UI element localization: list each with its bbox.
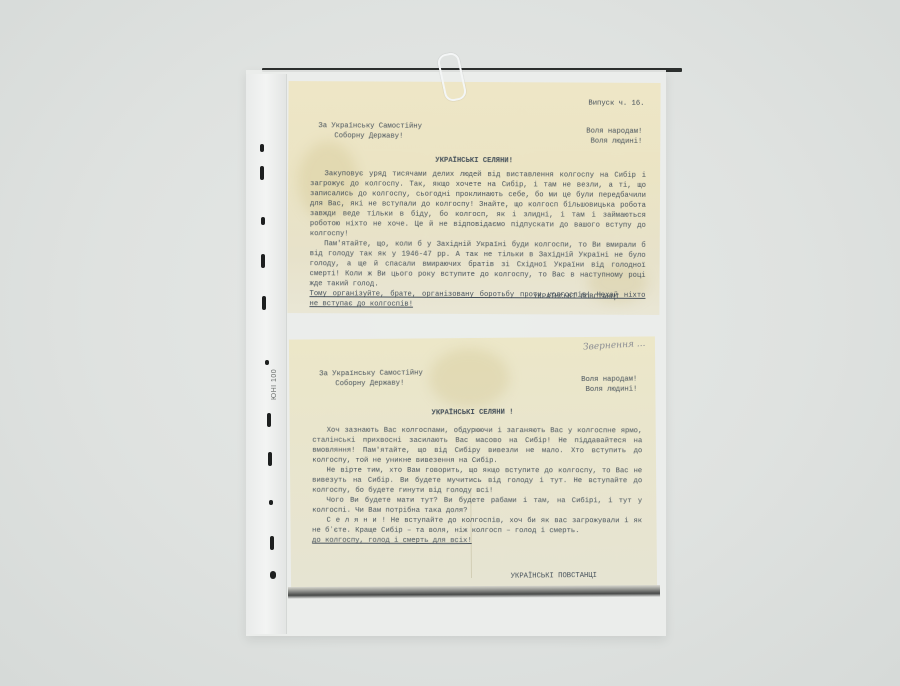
slogan-line-2: Воля людині!	[586, 385, 638, 395]
slogan-line-1: Воля народам!	[581, 375, 637, 385]
address-line-1: За Українську Самостійну	[319, 368, 423, 379]
leaflet-2: Звернення ... За Українську Самостійну С…	[289, 336, 657, 589]
punched-binding-strip	[246, 74, 287, 634]
paragraph: С е л я н и ! Не вступайте до колгоспів,…	[312, 516, 642, 537]
slogan-line-2: Воля людині!	[591, 137, 643, 147]
address-line-2: Соборну Державу!	[334, 131, 403, 141]
issue-number: Випуск ч. 16.	[588, 99, 644, 109]
paragraph: Хоч зазнають Вас колгоспами, обдурюючи і…	[312, 426, 642, 467]
leaflet-heading: УКРАЇНСЬКІ СЕЛЯНИ !	[290, 406, 656, 419]
leaflet-heading: УКРАЇНСЬКІ СЕЛЯНИ!	[288, 155, 660, 167]
slogan-line-1: Воля народам!	[586, 127, 642, 137]
leaflet-body: Закуповує уряд тисячами делих людей від …	[309, 169, 646, 311]
closing-call: до колгоспу, голод і смерть для всіх!	[312, 536, 642, 547]
leaflet-1: Випуск ч. 16. За Українську Самостійну С…	[287, 81, 660, 315]
paragraph: Чого Ви будете мати тут? Ви будете рабам…	[312, 496, 642, 517]
signature: УКРАЇНСЬКІ ПОВСТАНЦІ	[511, 571, 597, 582]
address-line-1: За Українську Самостійну	[318, 121, 422, 132]
address-line-2: Соборну Державу!	[335, 379, 404, 390]
sleeve-brand-label: ЮНІ 100	[272, 360, 284, 400]
signature: УКРАЇНСЬКІ ПОВСТАНЦІ	[533, 292, 619, 302]
paragraph: Пам'ятайте, що, коли б у Західній Україн…	[310, 239, 646, 291]
leaflet-body: Хоч зазнають Вас колгоспами, обдурюючи і…	[312, 426, 642, 547]
paragraph: Закуповує уряд тисячами делих людей від …	[310, 169, 646, 241]
handwritten-note: Звернення ...	[582, 339, 645, 353]
paragraph: Не вірте тим, хто Вам говорить, що якщо …	[312, 466, 642, 497]
sheet-shadow-edge	[288, 585, 660, 599]
